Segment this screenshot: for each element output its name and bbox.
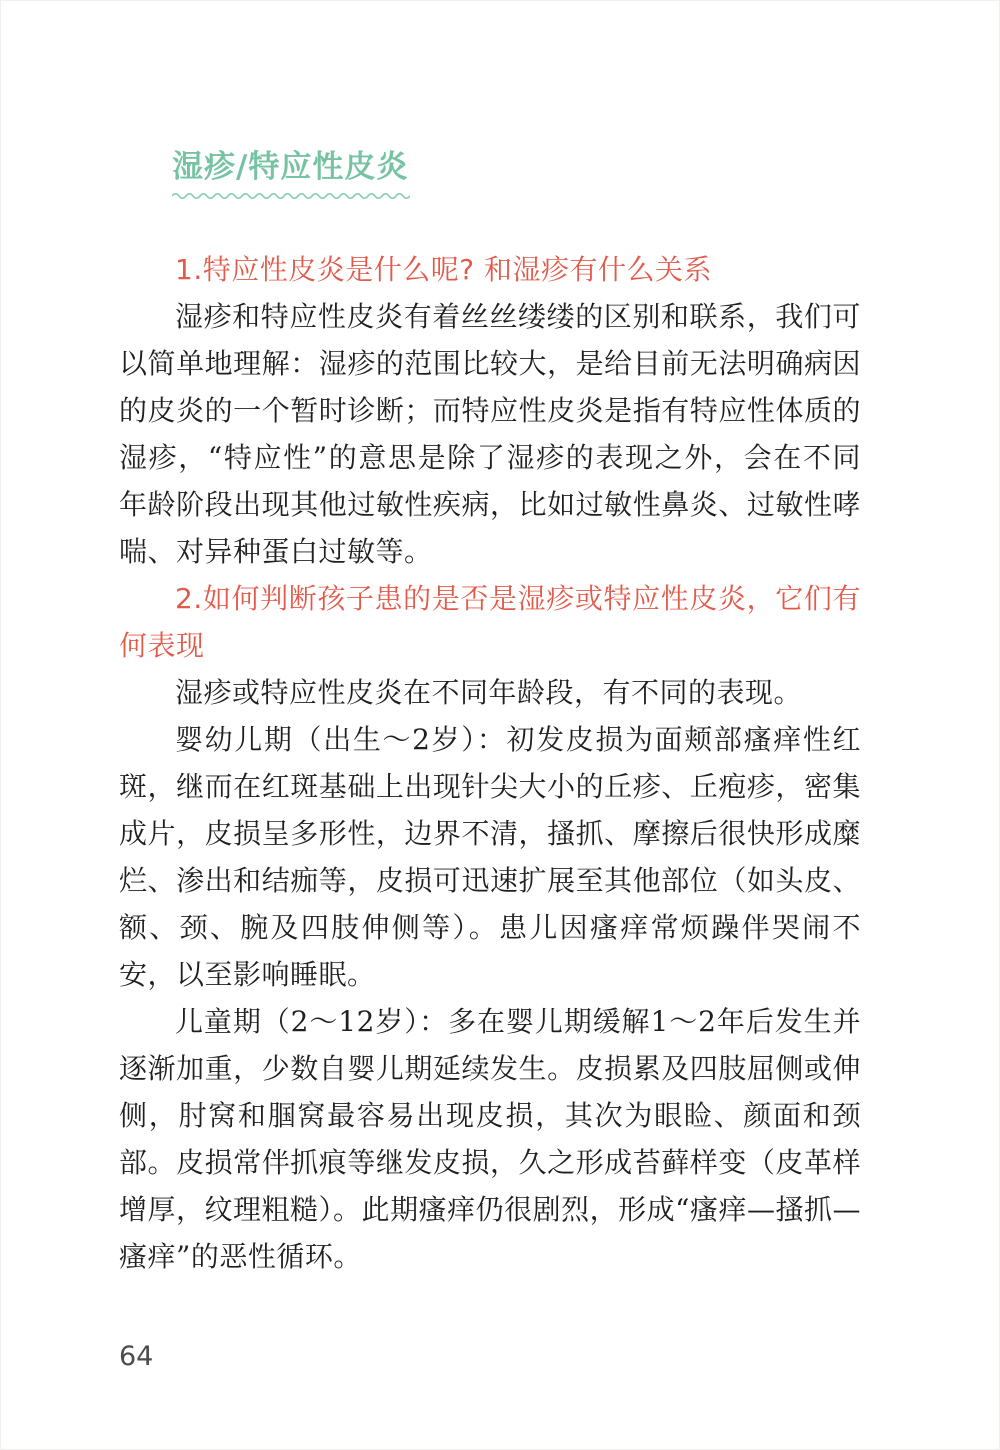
content-area: 湿疹/特应性皮炎 1.特应性皮炎是什么呢? 和湿疹有什么关系 湿疹和特应性皮炎有…: [119, 147, 861, 1280]
paragraph: 湿疹或特应性皮炎在不同年龄段，有不同的表现。: [119, 669, 861, 716]
paragraph: 湿疹和特应性皮炎有着丝丝缕缕的区别和联系，我们可以简单地理解：湿疹的范围比较大，…: [119, 293, 861, 575]
book-page: 湿疹/特应性皮炎 1.特应性皮炎是什么呢? 和湿疹有什么关系 湿疹和特应性皮炎有…: [0, 0, 1000, 1450]
section-heading-1: 1.特应性皮炎是什么呢? 和湿疹有什么关系: [119, 246, 861, 293]
paragraph: 婴幼儿期（出生～2岁）：初发皮损为面颊部瘙痒性红斑，继而在红斑基础上出现针尖大小…: [119, 716, 861, 998]
section-heading-2: 2.如何判断孩子患的是否是湿疹或特应性皮炎，它们有何表现: [119, 575, 861, 669]
wavy-underline-decoration: [172, 190, 410, 200]
chapter-title-block: 湿疹/特应性皮炎: [172, 147, 410, 200]
page-number: 64: [119, 1341, 153, 1372]
chapter-body: 1.特应性皮炎是什么呢? 和湿疹有什么关系 湿疹和特应性皮炎有着丝丝缕缕的区别和…: [119, 246, 861, 1280]
paragraph: 儿童期（2～12岁）：多在婴儿期缓解1～2年后发生并逐渐加重，少数自婴儿期延续发…: [119, 998, 861, 1280]
chapter-title: 湿疹/特应性皮炎: [172, 147, 410, 187]
